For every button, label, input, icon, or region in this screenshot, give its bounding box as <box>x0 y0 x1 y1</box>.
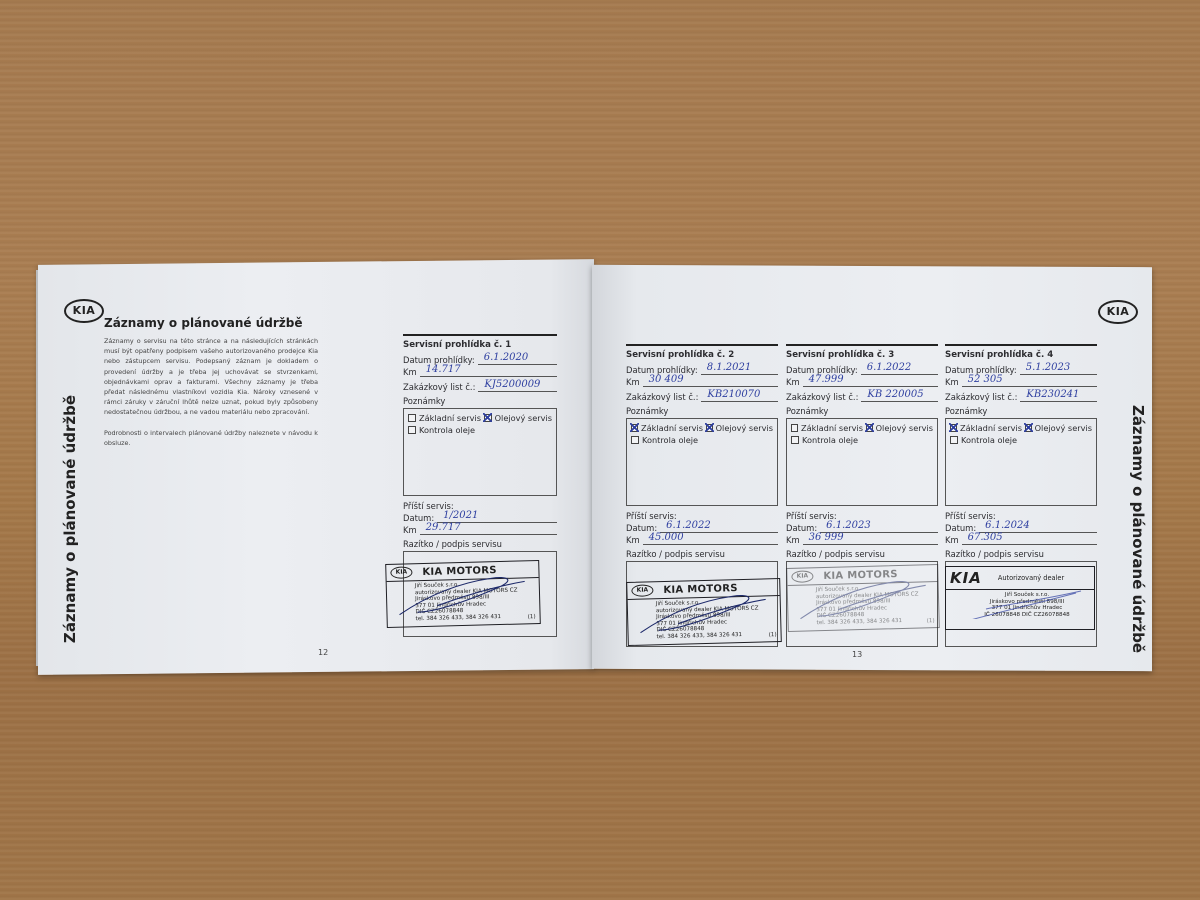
kia-logo-icon: KIA <box>64 299 104 323</box>
notes-label: Poznámky <box>945 406 1097 416</box>
card-title: Servisní prohlídka č. 4 <box>945 350 1097 360</box>
basic-service-checkbox[interactable] <box>408 414 416 422</box>
km-field[interactable]: 30 409 <box>643 375 778 387</box>
basic-service-label: Základní servis <box>641 423 703 433</box>
oil-service-label: Olejový servis <box>876 423 933 433</box>
oil-service-label: Olejový servis <box>1035 423 1092 433</box>
notes-label: Poznámky <box>403 396 557 406</box>
basic-service-label: Základní servis <box>801 423 863 433</box>
notes-label: Poznámky <box>626 406 778 416</box>
stamp-box: KIAKIA MOTORS Jiří Souček s.r.o.autorizo… <box>626 561 778 647</box>
km-label: Km <box>786 377 800 387</box>
next-service-label: Příští servis: <box>403 501 557 511</box>
notes-box: Základní servis Olejový servis Kontrola … <box>945 418 1097 506</box>
stamp-suffix: (1) <box>769 632 777 638</box>
oil-service-checkbox[interactable] <box>706 424 713 432</box>
next-km-field[interactable]: 67.305 <box>962 533 1097 545</box>
signature <box>798 577 929 620</box>
signature <box>397 573 528 616</box>
oil-check-checkbox[interactable] <box>631 436 639 444</box>
basic-service-checkbox[interactable] <box>791 424 798 432</box>
card-top-rule <box>403 334 557 336</box>
notes-label: Poznámky <box>786 406 938 416</box>
intro-heading: Záznamy o plánované údržbě <box>104 316 318 330</box>
next-km-label: Km <box>786 535 800 545</box>
oil-check-checkbox[interactable] <box>950 436 958 444</box>
km-field[interactable]: 47.999 <box>803 375 938 387</box>
stamp-label: Razítko / podpis servisu <box>786 549 938 559</box>
service-record-card: Servisní prohlídka č. 2 Datum prohlídky:… <box>626 344 778 647</box>
inspection-date-field[interactable]: 5.1.2023 <box>1020 363 1097 375</box>
service-record-card: Servisní prohlídka č. 1 Datum prohlídky:… <box>403 334 557 637</box>
order-number-field[interactable]: KJ5200009 <box>478 380 557 392</box>
km-label: Km <box>945 377 959 387</box>
dealer-stamp: KIAKIA MOTORS Jiří Souček s.r.o.autorizo… <box>626 578 782 646</box>
oil-check-label: Kontrola oleje <box>802 435 858 445</box>
next-km-label: Km <box>945 535 959 545</box>
next-km-field[interactable]: 29.717 <box>420 523 557 535</box>
kia-logo-icon: KIA <box>1098 300 1138 324</box>
oil-service-checkbox[interactable] <box>866 424 873 432</box>
oil-service-label: Olejový servis <box>495 413 552 423</box>
notes-box: Základní servis Olejový servis Kontrola … <box>403 408 557 496</box>
card-top-rule <box>786 344 938 346</box>
oil-service-checkbox[interactable] <box>484 414 492 422</box>
vertical-section-title-left: Záznamy o plánované údržbě <box>61 389 79 649</box>
signature <box>638 591 769 634</box>
km-label: Km <box>626 377 640 387</box>
next-km-field[interactable]: 36 999 <box>803 533 938 545</box>
dealer-stamp: KIAKIA MOTORS Jiří Souček s.r.o.autorizo… <box>385 560 541 628</box>
order-label: Zakázkový list č.: <box>626 392 698 402</box>
next-km-label: Km <box>403 525 417 535</box>
next-km-label: Km <box>626 535 640 545</box>
order-number-field[interactable]: KB 220005 <box>861 390 938 402</box>
intro-text: Záznamy o plánované údržbě Záznamy o ser… <box>104 316 318 458</box>
notes-box: Základní servis Olejový servis Kontrola … <box>786 418 938 506</box>
signature <box>956 579 1086 619</box>
stamp-suffix: (1) <box>528 614 536 620</box>
stamp-suffix: (1) <box>927 618 935 624</box>
card-top-rule <box>945 344 1097 346</box>
order-number-field[interactable]: KB230241 <box>1020 390 1097 402</box>
order-label: Zakázkový list č.: <box>403 382 475 392</box>
inspection-date-field[interactable]: 8.1.2021 <box>701 363 778 375</box>
card-top-rule <box>626 344 778 346</box>
page-number-right: 13 <box>852 650 862 659</box>
basic-service-label: Základní servis <box>419 413 481 423</box>
card-title: Servisní prohlídka č. 2 <box>626 350 778 360</box>
vertical-section-title-right: Záznamy o plánované údržbě <box>1129 399 1147 659</box>
oil-service-label: Olejový servis <box>716 423 773 433</box>
order-label: Zakázkový list č.: <box>945 392 1017 402</box>
km-field[interactable]: 14.717 <box>420 365 557 377</box>
stamp-box: KIAKIA MOTORS Jiří Souček s.r.o.autorizo… <box>403 551 557 637</box>
stamp-label: Razítko / podpis servisu <box>626 549 778 559</box>
order-number-field[interactable]: KB210070 <box>701 390 778 402</box>
oil-check-label: Kontrola oleje <box>642 435 698 445</box>
oil-check-checkbox[interactable] <box>408 426 416 434</box>
stamp-box: KIAKIA MOTORS Jiří Souček s.r.o.autorizo… <box>786 561 938 647</box>
dealer-stamp: KIAKIA MOTORS Jiří Souček s.r.o.autorizo… <box>786 564 940 632</box>
stamp-box: KIAAutorizovaný dealer Jiří Souček s.r.o… <box>945 561 1097 647</box>
stamp-label: Razítko / podpis servisu <box>945 549 1097 559</box>
card-title: Servisní prohlídka č. 3 <box>786 350 938 360</box>
inspection-date-field[interactable]: 6.1.2022 <box>861 363 938 375</box>
service-record-card: Servisní prohlídka č. 3 Datum prohlídky:… <box>786 344 938 647</box>
oil-check-label: Kontrola oleje <box>419 425 475 435</box>
inspection-date-field[interactable]: 6.1.2020 <box>478 353 557 365</box>
basic-service-checkbox[interactable] <box>631 424 638 432</box>
basic-service-checkbox[interactable] <box>950 424 957 432</box>
intro-paragraph-1: Záznamy o servisu na této stránce a na n… <box>104 336 318 418</box>
oil-service-checkbox[interactable] <box>1025 424 1032 432</box>
intro-paragraph-2: Podrobnosti o intervalech plánované údrž… <box>104 428 318 448</box>
page-number-left: 12 <box>318 648 328 657</box>
oil-check-checkbox[interactable] <box>791 436 799 444</box>
basic-service-label: Základní servis <box>960 423 1022 433</box>
order-label: Zakázkový list č.: <box>786 392 858 402</box>
km-field[interactable]: 52 305 <box>962 375 1097 387</box>
notes-box: Základní servis Olejový servis Kontrola … <box>626 418 778 506</box>
oil-check-label: Kontrola oleje <box>961 435 1017 445</box>
next-km-field[interactable]: 45.000 <box>643 533 778 545</box>
service-record-card: Servisní prohlídka č. 4 Datum prohlídky:… <box>945 344 1097 647</box>
dealer-stamp: KIAAutorizovaný dealer Jiří Souček s.r.o… <box>945 566 1095 630</box>
card-title: Servisní prohlídka č. 1 <box>403 340 557 350</box>
stamp-label: Razítko / podpis servisu <box>403 539 557 549</box>
km-label: Km <box>403 367 417 377</box>
